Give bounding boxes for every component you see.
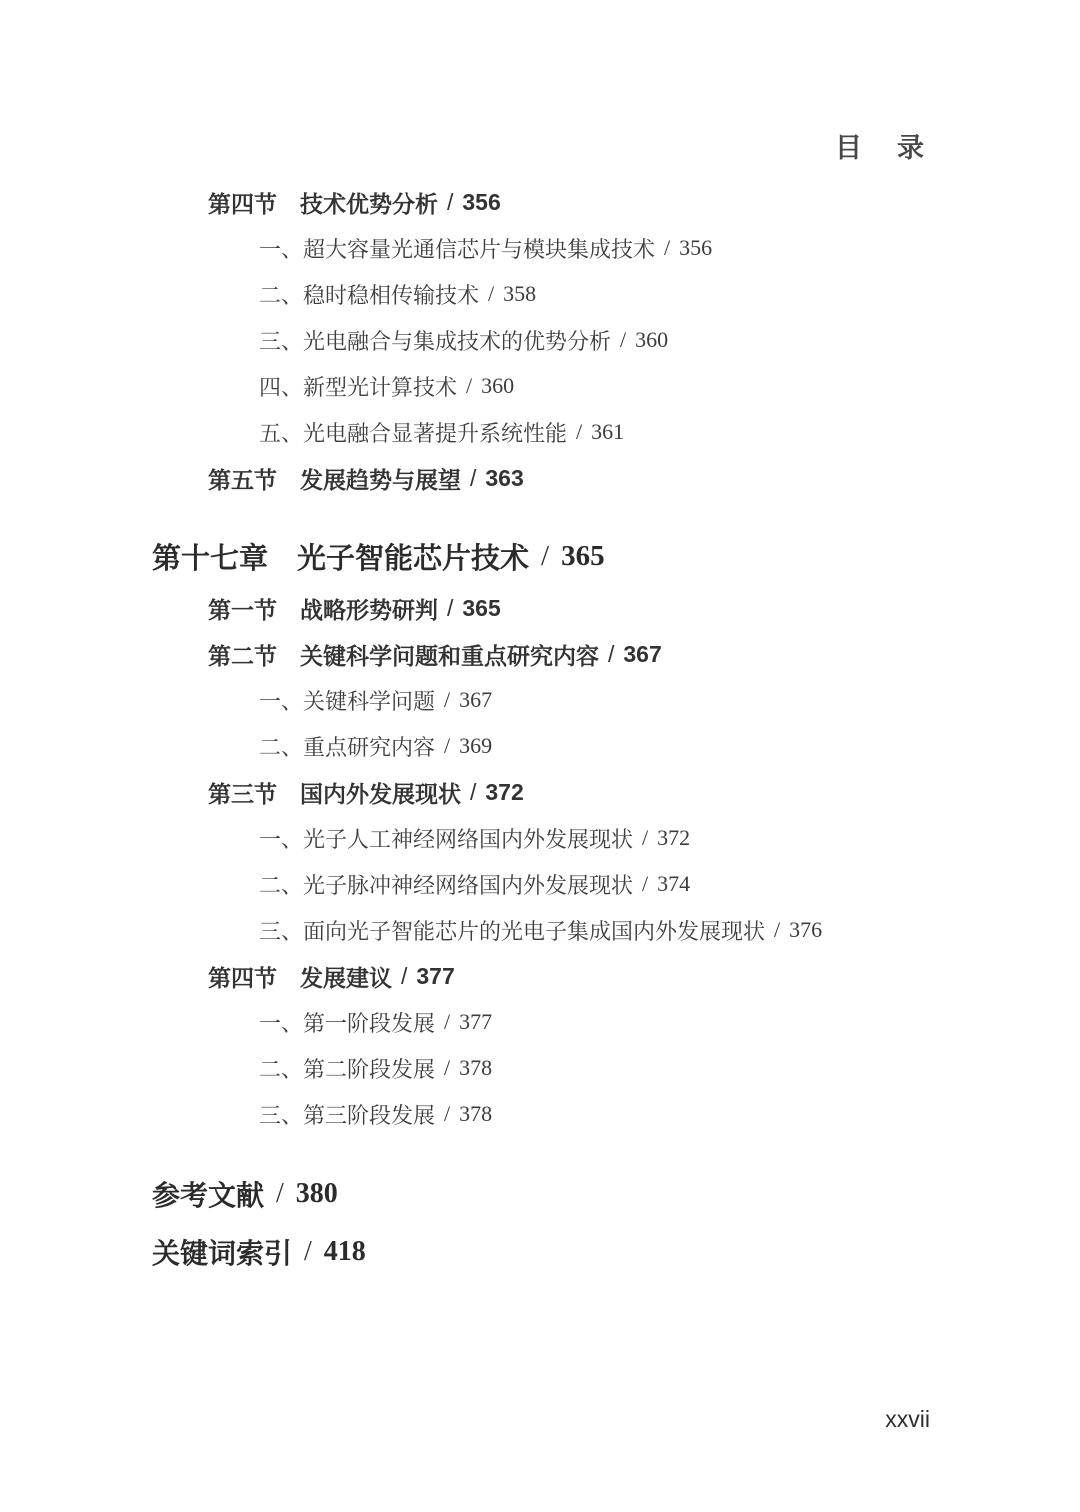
toc-entry-page: 360 [635,327,668,353]
toc-entry: 第五节 发展趋势与展望 / 363 [0,455,1080,501]
toc-entry: 二、第二阶段发展 / 378 [0,1045,1080,1091]
toc-entry-separator: / [765,917,789,943]
toc-entry-label: 二、光子脉冲神经网络国内外发展现状 [259,869,633,900]
toc-entry-separator: / [392,963,416,990]
toc-entry-page: 372 [657,825,690,851]
toc-entry-separator: / [461,465,485,492]
toc-entry: 第一节 战略形势研判 / 365 [0,585,1080,631]
toc-entry-label: 参考文献 [152,1174,264,1214]
toc-entry-page: 377 [459,1009,492,1035]
toc-entry: 一、关键科学问题 / 367 [0,677,1080,723]
toc-entry-page: 356 [679,235,712,261]
toc-entry-page: 367 [623,641,661,668]
toc-entry-page: 363 [485,465,523,492]
toc-entry-page: 361 [591,419,624,445]
toc-entry: 一、光子人工神经网络国内外发展现状 / 372 [0,815,1080,861]
toc-entry-page: 376 [789,917,822,943]
toc-entry: 一、超大容量光通信芯片与模块集成技术 / 356 [0,225,1080,271]
toc-entry-separator: / [435,1009,459,1035]
toc-entry-label: 三、第三阶段发展 [259,1099,435,1130]
table-of-contents: 第四节 技术优势分析 / 356 一、超大容量光通信芯片与模块集成技术 / 35… [0,179,1080,1279]
toc-entry-page: 378 [459,1101,492,1127]
toc-entry-separator: / [567,419,591,445]
toc-entry-page: 372 [485,779,523,806]
toc-entry: 三、第三阶段发展 / 378 [0,1091,1080,1137]
toc-entry-label: 第五节 发展趋势与展望 [208,462,461,495]
toc-entry-page: 365 [561,540,605,573]
toc-entry-separator: / [435,687,459,713]
toc-entry-page: 360 [481,373,514,399]
toc-entry-page: 378 [459,1055,492,1081]
toc-entry-page: 374 [657,871,690,897]
toc-entry-label: 三、面向光子智能芯片的光电子集成国内外发展现状 [259,915,765,946]
toc-entry-label: 二、第二阶段发展 [259,1053,435,1084]
toc-chapter-entry: 第十七章 光子智能芯片技术 / 365 [0,529,1080,583]
toc-entry-separator: / [655,235,679,261]
toc-entry-label: 一、光子人工神经网络国内外发展现状 [259,823,633,854]
toc-entry-label: 第十七章 光子智能芯片技术 [152,536,529,577]
toc-entry-separator: / [599,641,623,668]
toc-entry: 一、第一阶段发展 / 377 [0,999,1080,1045]
toc-entry-separator: / [435,1055,459,1081]
toc-entry: 第二节 关键科学问题和重点研究内容 / 367 [0,631,1080,677]
toc-entry-label: 第四节 发展建议 [208,960,392,993]
toc-entry-separator: / [633,871,657,897]
toc-entry-separator: / [435,733,459,759]
toc-entry-separator: / [438,595,462,622]
toc-entry-separator: / [292,1236,324,1268]
toc-entry-separator: / [529,540,561,573]
toc-entry-label: 第二节 关键科学问题和重点研究内容 [208,638,599,671]
toc-entry-label: 关键词索引 [152,1232,292,1272]
book-toc-page: 目 录 第四节 技术优势分析 / 356 一、超大容量光通信芯片与模块集成技术 … [0,0,1080,1512]
toc-entry-page: 369 [459,733,492,759]
toc-entry-separator: / [264,1178,296,1210]
toc-entry-label: 五、光电融合显著提升系统性能 [259,417,567,448]
toc-entry: 四、新型光计算技术 / 360 [0,363,1080,409]
toc-entry-label: 一、第一阶段发展 [259,1007,435,1038]
toc-entry-label: 一、关键科学问题 [259,685,435,716]
toc-entry-label: 第一节 战略形势研判 [208,592,438,625]
toc-entry-separator: / [479,281,503,307]
toc-entry-page: 367 [459,687,492,713]
toc-entry-page: 380 [296,1178,338,1210]
toc-entry-page: 358 [503,281,536,307]
toc-entry-label: 第四节 技术优势分析 [208,186,438,219]
toc-entry-separator: / [435,1101,459,1127]
toc-entry-separator: / [461,779,485,806]
toc-entry-page: 365 [462,595,500,622]
toc-entry-page: 377 [416,963,454,990]
toc-backmatter-entry: 参考文献 / 380 [0,1167,1080,1221]
toc-entry: 第三节 国内外发展现状 / 372 [0,769,1080,815]
page-title: 目 录 [835,126,928,165]
toc-entry-label: 四、新型光计算技术 [259,371,457,402]
toc-entry: 二、光子脉冲神经网络国内外发展现状 / 374 [0,861,1080,907]
toc-entry-separator: / [633,825,657,851]
toc-entry-label: 三、光电融合与集成技术的优势分析 [259,325,611,356]
toc-entry-separator: / [611,327,635,353]
toc-entry-separator: / [438,189,462,216]
toc-entry-label: 二、稳时稳相传输技术 [259,279,479,310]
toc-entry-label: 二、重点研究内容 [259,731,435,762]
toc-entry-separator: / [457,373,481,399]
toc-entry-label: 一、超大容量光通信芯片与模块集成技术 [259,233,655,264]
toc-entry: 三、光电融合与集成技术的优势分析 / 360 [0,317,1080,363]
toc-entry: 第四节 技术优势分析 / 356 [0,179,1080,225]
toc-backmatter-entry: 关键词索引 / 418 [0,1225,1080,1279]
toc-entry: 三、面向光子智能芯片的光电子集成国内外发展现状 / 376 [0,907,1080,953]
toc-entry-page: 356 [462,189,500,216]
toc-entry-label: 第三节 国内外发展现状 [208,776,461,809]
toc-entry: 二、稳时稳相传输技术 / 358 [0,271,1080,317]
page-number: xxvii [885,1406,930,1433]
toc-entry-page: 418 [324,1236,366,1268]
toc-entry: 二、重点研究内容 / 369 [0,723,1080,769]
toc-entry: 第四节 发展建议 / 377 [0,953,1080,999]
toc-entry: 五、光电融合显著提升系统性能 / 361 [0,409,1080,455]
